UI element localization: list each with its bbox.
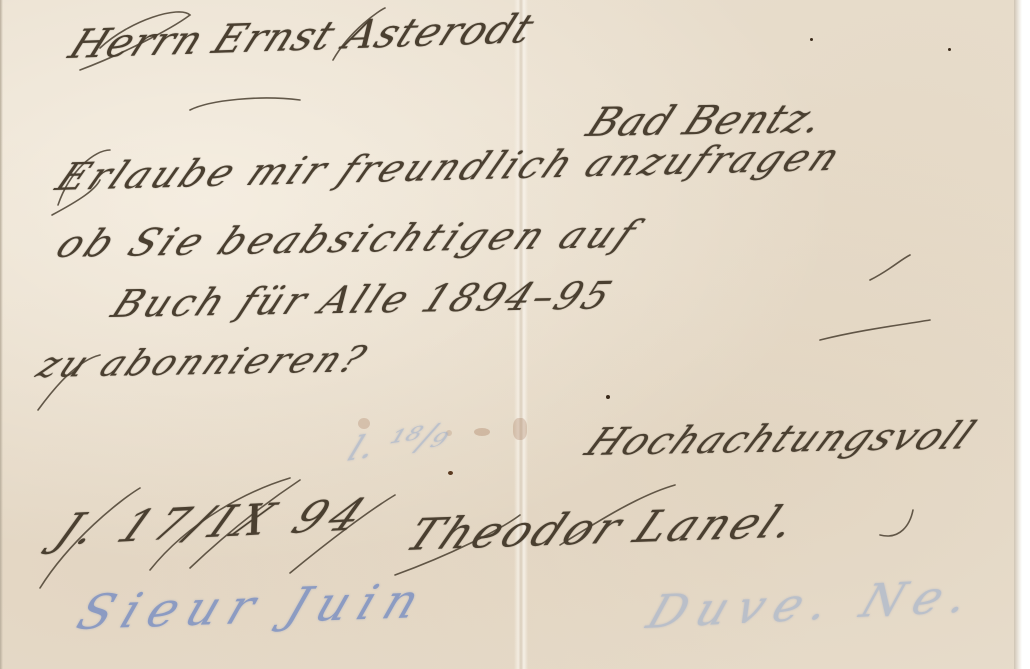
stain-spot <box>948 48 951 51</box>
stain-spot <box>810 38 813 41</box>
card-left-edge <box>0 0 3 669</box>
card-right-edge <box>1014 0 1022 669</box>
addressee-line: Herrn Ernst Asterodt <box>62 6 542 68</box>
stain-spot <box>513 418 527 440</box>
postcard: Herrn Ernst Asterodt Bad Bentz. Erlaube … <box>0 0 1022 669</box>
stain-spot <box>448 471 453 475</box>
date-line: J. 17/IX 94 <box>47 489 380 556</box>
stain-spot <box>606 395 610 399</box>
stain-spot <box>474 428 490 436</box>
signature: Theodor Lanel. <box>397 497 809 561</box>
body-line-1: Erlaube mir freundlich anzufragen <box>49 135 851 199</box>
closing-line: Hochachtungsvoll <box>578 413 985 464</box>
body-line-4: zu abonnieren? <box>29 339 375 386</box>
handwriting-strokes <box>0 0 1022 669</box>
blue-pencil-note-bottom-right: Duve. Ne. <box>641 568 987 639</box>
stain-spot <box>358 418 370 429</box>
center-fold-crease <box>514 0 528 669</box>
body-line-3: Buch für Alle 1894–95 <box>105 273 621 326</box>
blue-pencil-note-bottom-left: Sieur Juin <box>70 573 437 641</box>
body-line-2: ob Sie beabsichtigen auf <box>49 212 648 266</box>
